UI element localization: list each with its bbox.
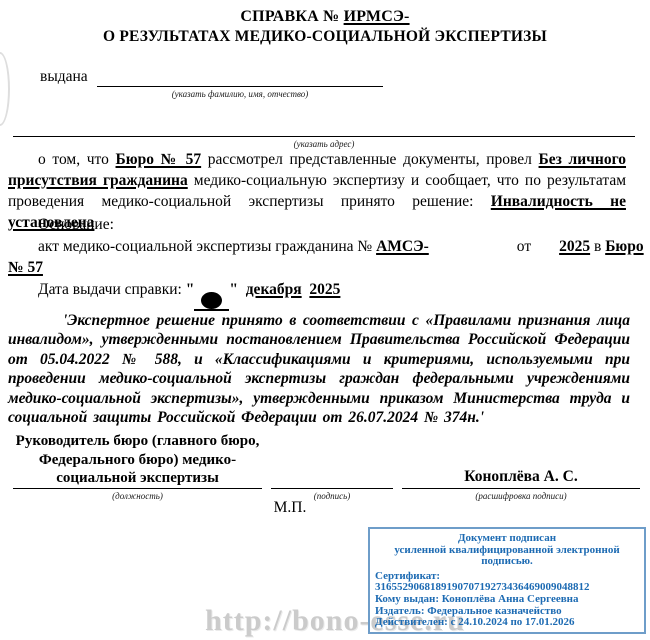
open-quote: " <box>186 281 195 298</box>
signer-position-line2: Федерального бюро) медико- <box>13 451 262 470</box>
issue-date-line: Дата выдачи справки: "" декабря 2025 <box>38 281 340 311</box>
redaction-blob <box>201 292 222 309</box>
bureau-number: Бюро № 57 <box>116 151 202 168</box>
issued-to-caption: (указать фамилию, имя, отчество) <box>97 89 383 99</box>
issue-year: 2025 <box>309 281 340 298</box>
expert-decision-paragraph: 'Экспертное решение принято в соответств… <box>8 311 630 427</box>
document-title-line2: О РЕЗУЛЬТАТАХ МЕДИКО-СОЦИАЛЬНОЙ ЭКСПЕРТИ… <box>0 28 650 46</box>
act-bureau-number: № 57 <box>8 259 43 276</box>
close-quote: " <box>229 281 238 298</box>
act-line: акт медико-социальной экспертизы граждан… <box>8 238 648 256</box>
stamp-validity: Действителен: с 24.10.2024 по 17.01.2026 <box>375 617 639 629</box>
title-prefix: СПРАВКА № <box>240 8 343 25</box>
seal-place-mark: М.П. <box>230 499 350 517</box>
position-caption: (должность) <box>13 491 262 501</box>
basis-label: Основание: <box>38 216 114 234</box>
certificate-document: СПРАВКА № ИРМСЭ- О РЕЗУЛЬТАТАХ МЕДИКО-СО… <box>0 0 650 640</box>
decision-seg1: о том, что <box>38 151 116 168</box>
name-signature-line <box>402 488 640 489</box>
title-number: ИРМСЭ- <box>344 8 410 25</box>
redacted-day-underline <box>194 290 229 311</box>
issued-to-label: выдана <box>40 68 88 86</box>
scan-artifact <box>0 52 10 126</box>
address-caption: (указать адрес) <box>13 139 635 149</box>
signer-position: Руководитель бюро (главного бюро, Федера… <box>13 432 262 488</box>
signer-name: Коноплёва А. С. <box>402 468 640 486</box>
issue-month: декабря <box>246 281 302 298</box>
address-blank-line <box>13 136 635 137</box>
issued-to-blank-line <box>97 86 383 87</box>
name-caption: (расшифровка подписи) <box>402 491 640 501</box>
act-number: АМСЭ- <box>376 238 429 255</box>
digital-signature-stamp: Документ подписан усиленной квалифициров… <box>368 527 646 634</box>
act-in-label: в <box>594 238 601 255</box>
act-line2: № 57 <box>8 259 43 277</box>
signer-position-line3: социальной экспертизы <box>13 469 262 488</box>
act-gap2 <box>531 250 559 251</box>
act-indent <box>8 250 38 251</box>
act-bureau-word: Бюро <box>605 238 643 255</box>
stamp-owner: Кому выдан: Коноплёва Анна Сергеевна <box>375 594 639 606</box>
act-text: акт медико-социальной экспертизы граждан… <box>38 238 376 255</box>
signature-line <box>271 488 393 489</box>
document-title-line1: СПРАВКА № ИРМСЭ- <box>0 8 650 26</box>
act-gap1 <box>429 250 517 251</box>
signer-position-line1: Руководитель бюро (главного бюро, <box>13 432 262 451</box>
stamp-header-line3: подписью. <box>375 556 639 568</box>
act-year: 2025 <box>559 238 590 255</box>
act-from-label: от <box>517 238 531 255</box>
stamp-header-line1: Документ подписан <box>375 533 639 545</box>
decision-seg2: рассмотрел представленные документы, про… <box>201 151 538 168</box>
position-signature-line <box>13 488 262 489</box>
issue-date-label: Дата выдачи справки: <box>38 281 186 298</box>
